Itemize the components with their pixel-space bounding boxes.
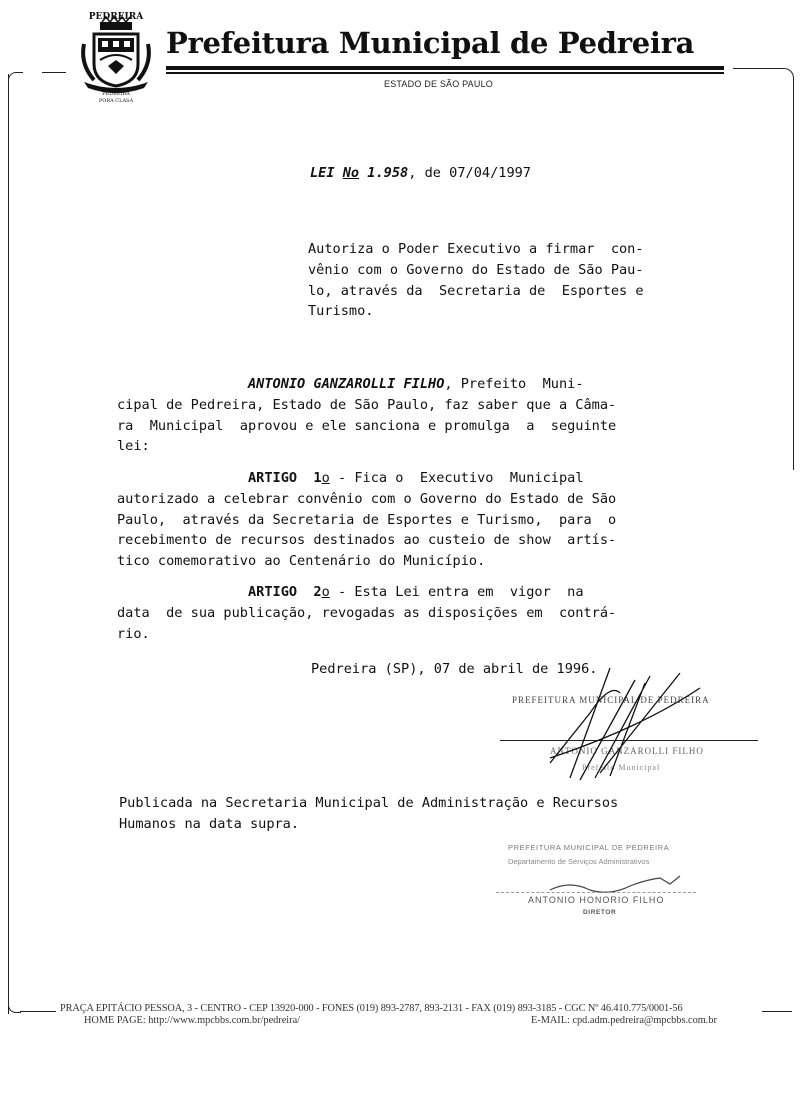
frame-left-border [8, 74, 9, 1014]
frame-bottom-right-segment [762, 1011, 792, 1012]
frame-corner-top-left [8, 72, 23, 83]
coat-of-arms-icon: PEDREIRA PEDREIRA PORA CLASA [80, 4, 152, 104]
frame-right-border [793, 80, 794, 470]
preamble-line: ra Municipal aprovou e ele sanciona e pr… [117, 416, 616, 437]
page-title: Prefeitura Municipal de Pedreira [166, 26, 694, 60]
footer-address: PRAÇA EPITÁCIO PESSOA, 3 - CENTRO - CEP … [60, 1003, 683, 1014]
article-line: rio. [117, 624, 616, 645]
publication-line: Humanos na data supra. [119, 814, 618, 835]
law-number: 1.958 [359, 165, 408, 181]
preamble-text: , Prefeito Muni- [444, 376, 583, 392]
footer-homepage: HOME PAGE: http://www.mpcbbs.com.br/pedr… [84, 1015, 300, 1026]
signature-line [496, 892, 696, 893]
frame-corner-top-right [733, 68, 794, 83]
title-rule [166, 66, 724, 70]
article-text: - Esta Lei entra em vigor na [330, 584, 584, 600]
article-text: - Fica o Executivo Municipal [330, 470, 584, 486]
law-summary: Autoriza o Poder Executivo a firmar con-… [308, 239, 644, 322]
svg-text:PORA CLASA: PORA CLASA [99, 98, 134, 104]
article-label: ARTIGO 2 [248, 584, 322, 600]
indent [117, 376, 248, 392]
document-page: PEDREIRA PEDREIRA PORA CLASA Prefeitura … [0, 0, 800, 1120]
preamble-first-line: ANTONIO GANZAROLLI FILHO, Prefeito Muni- [117, 374, 616, 395]
preamble: ANTONIO GANZAROLLI FILHO, Prefeito Muni-… [117, 374, 616, 457]
publication-note: Publicada na Secretaria Municipal de Adm… [119, 793, 618, 835]
frame-bottom-left-segment [20, 1011, 56, 1012]
title-rule-thin [166, 72, 724, 74]
article-ordinal: o [322, 470, 330, 486]
director-stamp-org: PREFEITURA MUNICIPAL DE PEDREIRA [508, 843, 669, 852]
director-stamp-role: DIRETOR [583, 909, 616, 916]
preamble-line: lei: [117, 436, 616, 457]
frame-top-left-segment [42, 72, 66, 73]
article-line: tico comemorativo ao Centenário do Munic… [117, 551, 616, 572]
article-first-line: ARTIGO 2o - Esta Lei entra em vigor na [117, 582, 616, 603]
summary-line: Autoriza o Poder Executivo a firmar con- [308, 239, 644, 260]
mayor-name: ANTONIO GANZAROLLI FILHO [248, 376, 444, 392]
article-ordinal: o [322, 584, 330, 600]
article-line: Paulo, através da Secretaria de Esportes… [117, 510, 616, 531]
footer-email: E-MAIL: cpd.adm.pedreira@mpcbbs.com.br [531, 1015, 717, 1026]
indent [117, 584, 248, 600]
article-2: ARTIGO 2o - Esta Lei entra em vigor nada… [117, 582, 616, 644]
director-stamp-name: ANTONIO HONORIO FILHO [528, 895, 664, 905]
summary-line: lo, através da Secretaria de Esportes e [308, 281, 644, 302]
article-line: data de sua publicação, revogadas as dis… [117, 603, 616, 624]
indent [117, 470, 248, 486]
preamble-line: cipal de Pedreira, Estado de São Paulo, … [117, 395, 616, 416]
summary-line: vênio com o Governo do Estado de São Pau… [308, 260, 644, 281]
summary-line: Turismo. [308, 301, 644, 322]
law-number-label: No [343, 165, 359, 181]
svg-text:PEDREIRA: PEDREIRA [102, 91, 130, 97]
law-heading: LEI No 1.958, de 07/04/1997 [310, 163, 531, 184]
law-prefix: LEI [310, 165, 343, 181]
article-1: ARTIGO 1o - Fica o Executivo Municipalau… [117, 468, 616, 572]
article-label: ARTIGO 1 [248, 470, 322, 486]
law-date: , de 07/04/1997 [408, 165, 531, 181]
state-subtitle: ESTADO DE SÃO PAULO [384, 79, 493, 89]
article-line: recebimento de recursos destinados ao cu… [117, 530, 616, 551]
article-first-line: ARTIGO 1o - Fica o Executivo Municipal [117, 468, 616, 489]
article-line: autorizado a celebrar convênio com o Gov… [117, 489, 616, 510]
director-stamp-department: Departamento de Serviços Administrativos [508, 857, 649, 866]
publication-line: Publicada na Secretaria Municipal de Adm… [119, 793, 618, 814]
mayor-signature-icon [540, 668, 750, 783]
